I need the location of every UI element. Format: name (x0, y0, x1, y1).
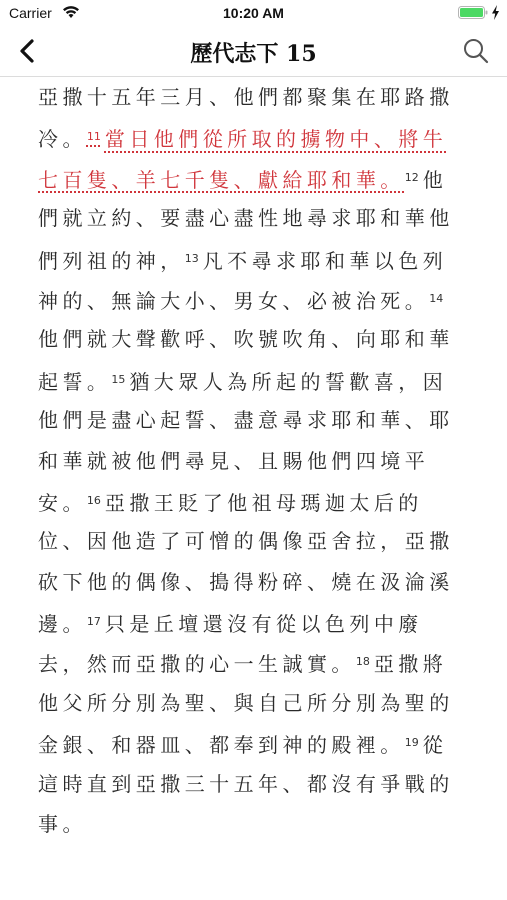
text-line: 位、因他造了可憎的偶像亞舍拉，亞撒 (38, 521, 468, 561)
verse-text[interactable]: 安。 (38, 491, 87, 515)
text-line: 冷。11當日他們從所取的擄物中、將牛 (38, 117, 468, 157)
verse-number[interactable]: 18 (356, 655, 370, 668)
chapter-text: 亞撒十五年三月、他們都聚集在耶路撒冷。11當日他們從所取的擄物中、將牛七百隻、羊… (38, 77, 468, 844)
text-line: 他們是盡心起誓、盡意尋求耶和華、耶 (38, 400, 468, 440)
verse-text[interactable]: 他父所分別為聖、與自己所分別為聖的 (38, 691, 454, 715)
verse-text[interactable]: 邊。 (38, 612, 87, 636)
verse-number[interactable]: 19 (405, 736, 419, 749)
text-line: 們列祖的神，13凡不尋求耶和華以色列 (38, 239, 468, 279)
verse-number[interactable]: 17 (87, 615, 101, 628)
verse-text[interactable]: 金銀、和器皿、都奉到神的殿裡。 (38, 733, 405, 757)
verse-text[interactable]: 凡不尋求耶和華以色列 (203, 249, 448, 273)
verse-number[interactable]: 12 (405, 171, 419, 184)
verse-text[interactable]: 猶大眾人為所起的誓歡喜，因 (129, 370, 447, 394)
verse-text[interactable]: 冷。 (38, 127, 87, 151)
text-line: 他父所分別為聖、與自己所分別為聖的 (38, 683, 468, 723)
text-line: 七百隻、羊七千隻、獻給耶和華。12他 (38, 158, 468, 198)
verse-text[interactable]: 和華就被他們尋見、且賜他們四境平 (38, 449, 429, 473)
text-line: 金銀、和器皿、都奉到神的殿裡。19從 (38, 723, 468, 763)
verse-text[interactable]: 亞撒王貶了他祖母瑪迦太后的 (105, 491, 423, 515)
verse-text[interactable]: 位、因他造了可憎的偶像亞舍拉，亞撒 (38, 529, 454, 553)
verse-text[interactable]: 他們就大聲歡呼、吹號吹角、向耶和華 (38, 327, 454, 351)
text-line: 神的、無論大小、男女、必被治死。14 (38, 279, 468, 319)
verse-text[interactable]: 亞撒十五年三月、他們都聚集在耶路撒 (38, 85, 454, 109)
text-line: 他們就大聲歡呼、吹號吹角、向耶和華 (38, 319, 468, 359)
verse-text[interactable]: 起誓。 (38, 370, 111, 394)
search-icon[interactable] (462, 37, 490, 65)
text-line: 亞撒十五年三月、他們都聚集在耶路撒 (38, 77, 468, 117)
verse-text[interactable]: 從 (423, 733, 447, 757)
navigation-bar: 歷代志下 15 (0, 28, 507, 77)
page-title: 歷代志下 15 (0, 37, 507, 68)
verse-number[interactable]: 15 (111, 373, 125, 386)
verse-text[interactable]: 他們是盡心起誓、盡意尋求耶和華、耶 (38, 408, 454, 432)
verse-text[interactable]: 神的、無論大小、男女、必被治死。 (38, 289, 429, 313)
text-line: 去，然而亞撒的心一生誠實。18亞撒將 (38, 642, 468, 682)
verse-number[interactable]: 11 (87, 130, 101, 143)
highlighted-verse-text[interactable]: 七百隻、羊七千隻、獻給耶和華。 (38, 168, 405, 192)
verse-number[interactable]: 14 (429, 292, 443, 305)
battery-icon (458, 6, 488, 19)
text-line: 砍下他的偶像、搗得粉碎、燒在汲淪溪 (38, 562, 468, 602)
highlighted-verse-text[interactable]: 當日他們從所取的擄物中、將牛 (105, 127, 447, 151)
verse-text[interactable]: 亞撒將 (374, 652, 447, 676)
verse-text[interactable]: 這時直到亞撒三十五年、都沒有爭戰的 (38, 772, 454, 796)
charging-bolt-icon (491, 5, 500, 20)
verse-text[interactable]: 們列祖的神， (38, 249, 185, 273)
text-line: 和華就被他們尋見、且賜他們四境平 (38, 441, 468, 481)
text-line: 起誓。15猶大眾人為所起的誓歡喜，因 (38, 360, 468, 400)
verse-text[interactable]: 只是丘壇還沒有從以色列中廢 (105, 612, 423, 636)
verse-number[interactable]: 16 (87, 494, 101, 507)
status-bar: Carrier 10:20 AM (0, 0, 507, 28)
verse-text[interactable]: 們就立約、要盡心盡性地尋求耶和華他 (38, 206, 454, 230)
text-line: 這時直到亞撒三十五年、都沒有爭戰的 (38, 764, 468, 804)
text-line: 邊。17只是丘壇還沒有從以色列中廢 (38, 602, 468, 642)
verse-text[interactable]: 事。 (38, 812, 87, 836)
verse-number[interactable]: 13 (185, 252, 199, 265)
verse-text[interactable]: 去，然而亞撒的心一生誠實。 (38, 652, 356, 676)
verse-text[interactable]: 砍下他的偶像、搗得粉碎、燒在汲淪溪 (38, 570, 454, 594)
verse-text[interactable]: 他 (423, 168, 447, 192)
clock: 10:20 AM (0, 5, 507, 21)
text-line: 們就立約、要盡心盡性地尋求耶和華他 (38, 198, 468, 238)
text-line: 事。 (38, 804, 468, 844)
text-line: 安。16亞撒王貶了他祖母瑪迦太后的 (38, 481, 468, 521)
